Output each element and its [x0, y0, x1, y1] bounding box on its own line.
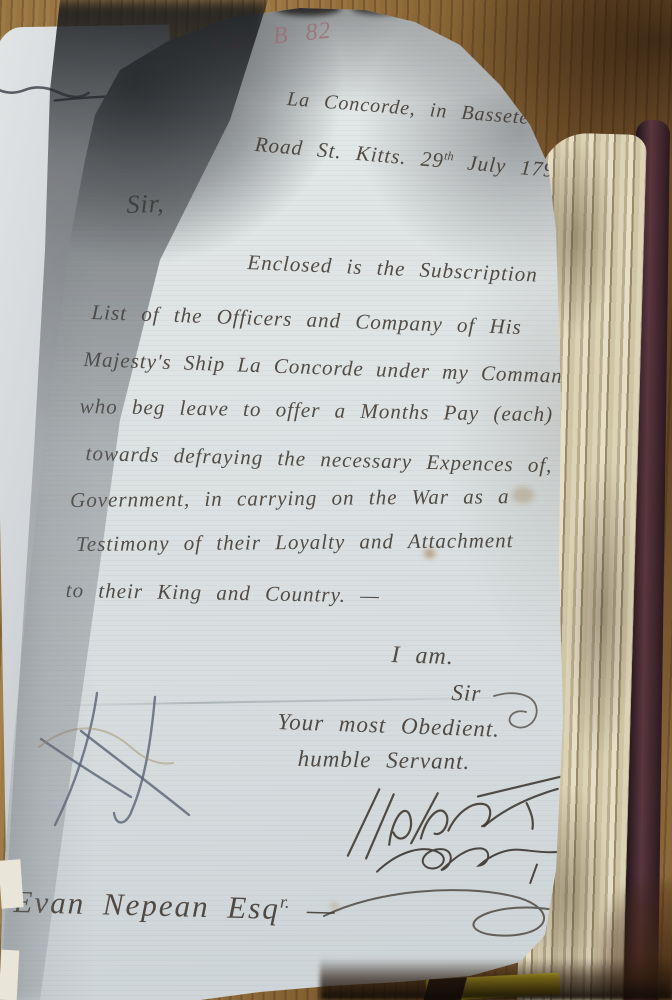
valediction-sir: Sir [451, 680, 482, 707]
body-line-6: Government, in carrying on the War as a [70, 484, 510, 513]
valediction-i-am: I am. [391, 642, 454, 671]
addressee-line: Evan Nepean Esqr. — [13, 884, 337, 928]
addressee-name: Evan Nepean Esq [13, 884, 280, 926]
body-line-3: Majesty's Ship La Concorde under my Comm… [83, 347, 575, 389]
date-pre: Road St. Kitts. 29 [254, 132, 445, 172]
pencil-x-marks [35, 685, 205, 835]
body-line-1: Enclosed is the Subscription [247, 250, 538, 288]
sir-flourish [492, 688, 552, 743]
archival-ref: Cap B 82 [212, 18, 333, 57]
body-line-8: to their King and Country. — [66, 578, 381, 608]
body-line-2: List of the Officers and Company of His [91, 300, 522, 340]
archive-photo: Cap B 82 169 La Concorde, in Basseterre … [0, 0, 672, 1000]
body-line-7: Testimony of their Loyalty and Attachmen… [76, 528, 514, 557]
body-line-5: towards defraying the necessary Expences… [85, 441, 552, 478]
foxing-spot [512, 487, 534, 503]
valediction-obedient: Your most Obedient. [277, 709, 500, 743]
addressee-flourish [320, 878, 580, 948]
addressee-superscript: r. [280, 892, 290, 912]
dateline-date: Road St. Kitts. 29th July 1798 [254, 132, 568, 184]
paper-tab [0, 859, 24, 908]
salutation: Sir, [126, 189, 165, 220]
paper-tab [0, 950, 19, 1000]
signature-flourish [328, 761, 585, 888]
body-line-4: who beg leave to offer a Months Pay (eac… [80, 394, 554, 427]
bottom-shadow [320, 958, 672, 1000]
